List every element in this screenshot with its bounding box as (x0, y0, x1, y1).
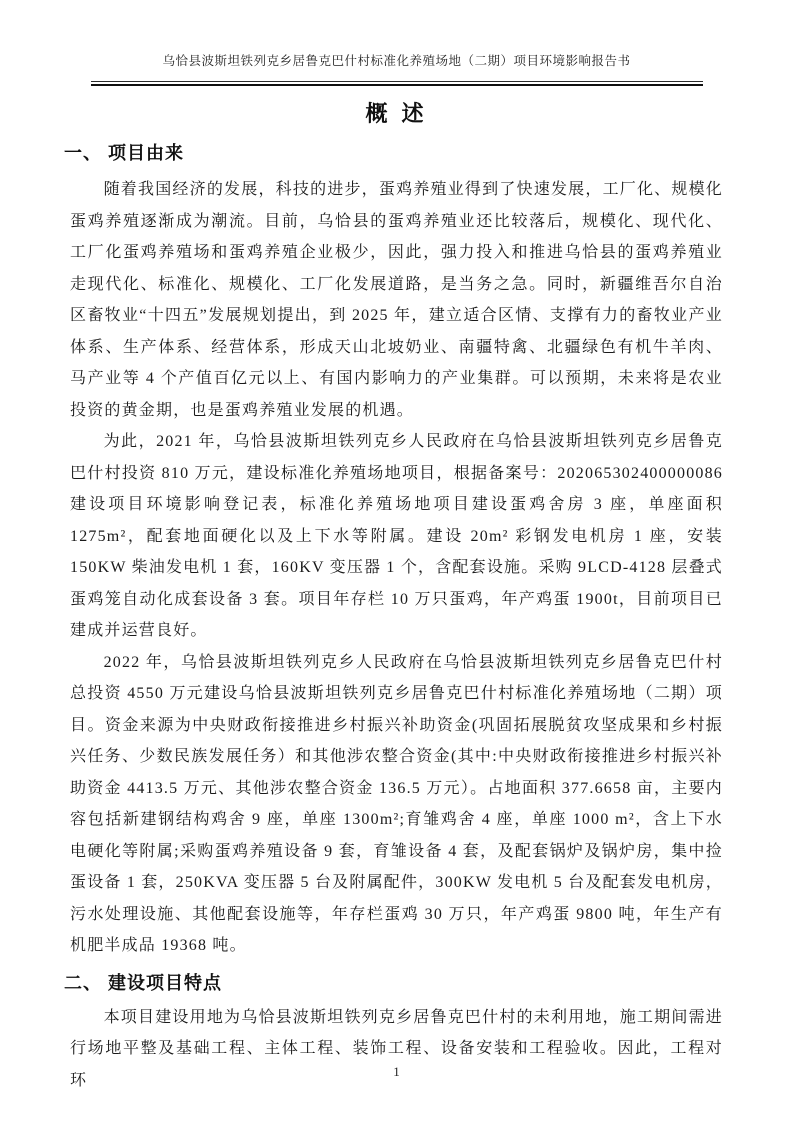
page-title: 概 述 (0, 101, 793, 127)
document-page: 乌恰县波斯坦铁列克乡居鲁克巴什村标准化养殖场地（二期）项目环境影响报告书 概 述… (0, 0, 793, 1122)
paragraph-phase-one-2021: 为此，2021 年，乌恰县波斯坦铁列克乡人民政府在乌恰县波斯坦铁列克乡居鲁克巴什… (70, 426, 723, 647)
document-body: 一、 项目由来 随着我国经济的发展，科技的进步，蛋鸡养殖业得到了快速发展，工厂化… (0, 141, 793, 1096)
header-divider-rule (91, 81, 703, 86)
section-heading-project-characteristics: 二、 建设项目特点 (64, 971, 723, 995)
paragraph-construction-site: 本项目建设用地为乌恰县波斯坦铁列克乡居鲁克巴什村的未利用地，施工期间需进行场地平… (70, 1002, 723, 1097)
running-header: 乌恰县波斯坦铁列克乡居鲁克巴什村标准化养殖场地（二期）项目环境影响报告书 (0, 53, 793, 69)
paragraph-industry-background: 随着我国经济的发展，科技的进步，蛋鸡养殖业得到了快速发展，工厂化、规模化蛋鸡养殖… (70, 174, 723, 426)
page-number: 1 (0, 1064, 793, 1080)
section-heading-project-origin: 一、 项目由来 (64, 141, 723, 165)
paragraph-phase-two-2022: 2022 年，乌恰县波斯坦铁列克乡人民政府在乌恰县波斯坦铁列克乡居鲁克巴什村总投… (70, 647, 723, 962)
